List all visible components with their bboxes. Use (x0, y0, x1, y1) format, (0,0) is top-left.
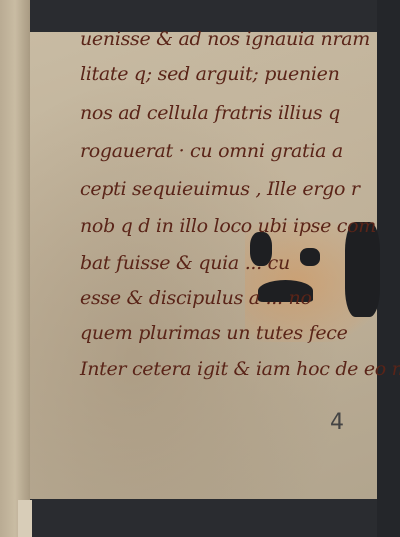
text-line: esse & discipulus a ... no (80, 287, 312, 309)
binding-edge (18, 500, 32, 537)
text-line: bat fuisse & quia ... cu (80, 252, 290, 274)
text-line: Inter cetera igit & iam hoc de eo n (80, 358, 400, 380)
text-line: cepti sequieuimus , Ille ergo r (80, 178, 360, 200)
text-line: litate q; sed arguit; puenien (80, 63, 340, 85)
dark-margin (377, 0, 400, 537)
text-line: nos ad cellula fratris illius q (80, 102, 340, 124)
text-line: uenisse & ad nos ignauia nram (80, 28, 370, 50)
text-line: nob q d in illo loco ubi ipse com (80, 215, 376, 237)
text-line: quem plurimas un tutes fece (80, 322, 348, 344)
text-line: rogauerat · cu omni gratia a (80, 140, 343, 162)
adjacent-leaf-edge (0, 0, 30, 537)
folio-number: 4 (330, 410, 344, 435)
damage-hole (300, 248, 320, 266)
